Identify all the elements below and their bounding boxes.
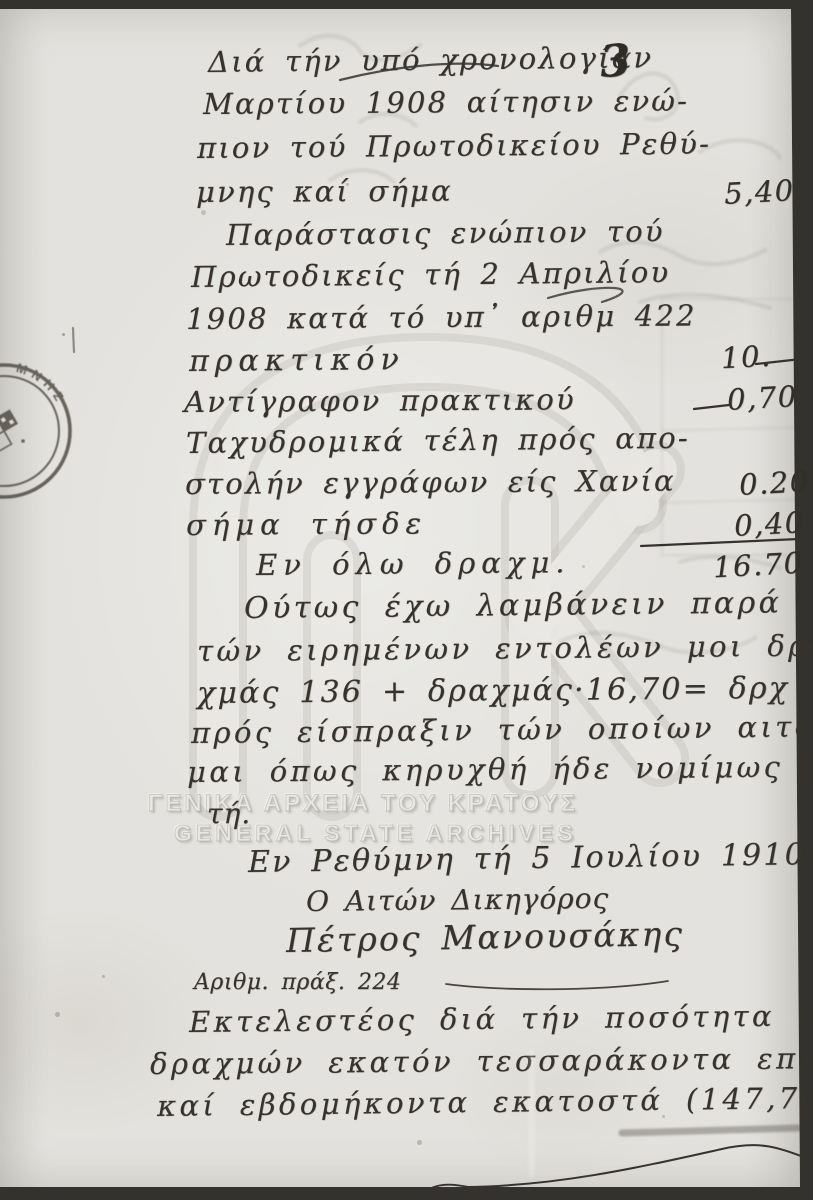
scanned-document: ΜΝΗΣ ΓΕΝΙΚΑ ΑΡΧΕΙΑ ΤΟΥ ΚΡΑΤΟΥΣ GENERAL S… (0, 0, 813, 1200)
paper-specks (62, 333, 65, 336)
ink-flourish-strokes (0, 0, 813, 1200)
paper-crease (530, 1050, 533, 1178)
